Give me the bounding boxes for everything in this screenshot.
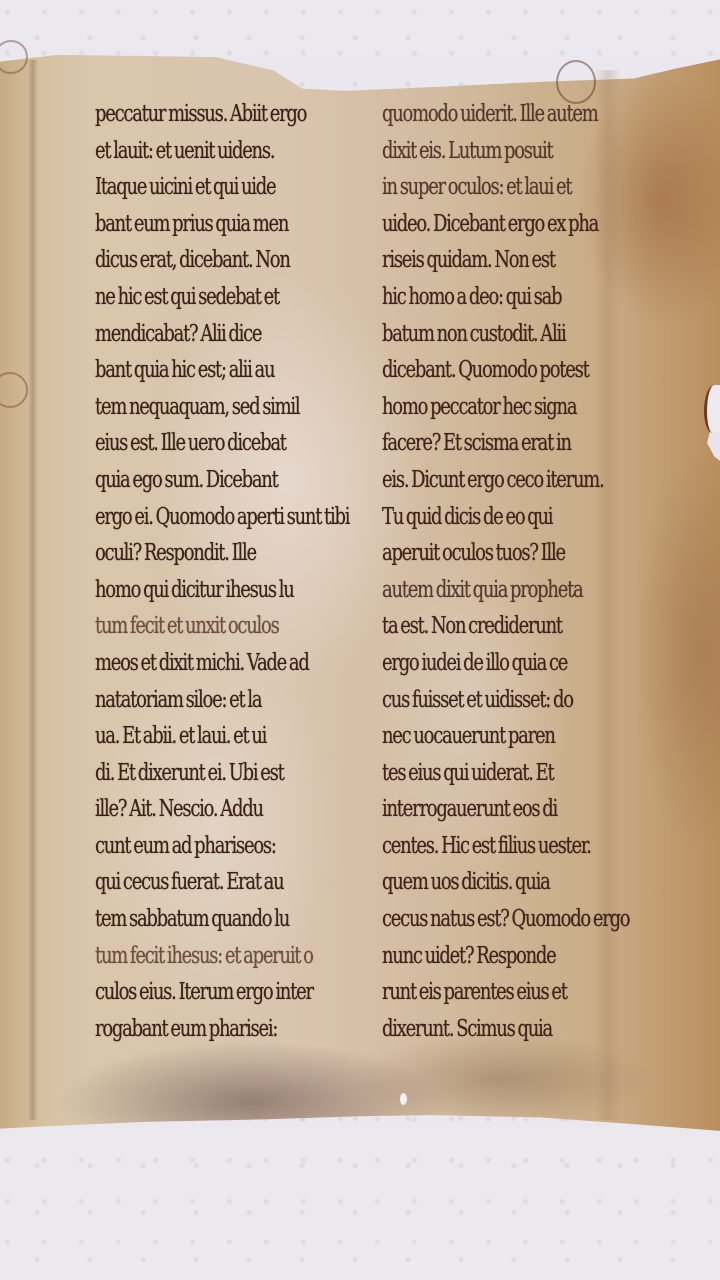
text-line: di. Et dixerunt ei. Ubi est (95, 755, 302, 792)
text-line: homo qui dicitur ihesus lu (95, 572, 302, 609)
text-line: dixerunt. Scimus quia (382, 1011, 589, 1048)
text-line: tum fecit ihesus: et aperuit o (95, 938, 302, 975)
text-line: tes eius qui uiderat. Et (382, 755, 589, 792)
text-column-left: peccatur missus. Abiit ergo et lauit: et… (95, 96, 360, 1047)
text-line: ille? Ait. Nescio. Addu (95, 791, 302, 828)
text-line: ergo iudei de illo quia ce (382, 645, 589, 682)
text-line: in super oculos: et laui et (382, 169, 589, 206)
text-line: cus fuisset et uidisset: do (382, 682, 589, 719)
text-line: meos et dixit michi. Vade ad (95, 645, 302, 682)
text-line: dicebant. Quomodo potest (382, 352, 589, 389)
text-line: culos eius. Iterum ergo inter (95, 974, 302, 1011)
text-line: peccatur missus. Abiit ergo (95, 96, 302, 133)
text-line: dixit eis. Lutum posuit (382, 133, 589, 170)
text-line: nec uocauerunt paren (382, 718, 589, 755)
text-line: et lauit: et uenit uidens. (95, 133, 302, 170)
text-line: tem nequaquam, sed simil (95, 389, 302, 426)
text-line: natatoriam siloe: et la (95, 682, 302, 719)
text-line: centes. Hic est filius uester. (382, 828, 589, 865)
text-line: interrogauerunt eos di (382, 791, 589, 828)
text-line: hic homo a deo: qui sab (382, 279, 589, 316)
text-line: aperuit oculos tuos? Ille (382, 535, 589, 572)
text-line: batum non custodit. Alii (382, 316, 589, 353)
text-line: quia ego sum. Dicebant (95, 462, 302, 499)
text-line: ta est. Non crediderunt (382, 608, 589, 645)
text-line: ne hic est qui sedebat et (95, 279, 302, 316)
text-line: dicus erat, dicebant. Non (95, 242, 302, 279)
text-line: tem sabbatum quando lu (95, 901, 302, 938)
text-line: rogabant eum pharisei: (95, 1011, 302, 1048)
text-line: quem uos dicitis. quia (382, 864, 589, 901)
text-line: oculi? Respondit. Ille (95, 535, 302, 572)
text-column-right: quomodo uiderit. Ille autem dixit eis. L… (382, 96, 647, 1047)
text-line: mendicabat? Alii dice (95, 316, 302, 353)
text-line: ergo ei. Quomodo aperti sunt tibi (95, 499, 302, 536)
text-line: Itaque uicini et qui uide (95, 169, 302, 206)
text-line: nunc uidet? Responde (382, 938, 589, 975)
left-fold-crease (28, 60, 38, 1120)
text-line: uideo. Dicebant ergo ex pha (382, 206, 589, 243)
text-line: eius est. Ille uero dicebat (95, 425, 302, 462)
text-line: riseis quidam. Non est (382, 242, 589, 279)
text-line: Tu quid dicis de eo qui (382, 499, 589, 536)
text-line: runt eis parentes eius et (382, 974, 589, 1011)
text-line: cecus natus est? Quomodo ergo (382, 901, 589, 938)
parchment-hole (704, 385, 720, 433)
text-line: bant quia hic est; alii au (95, 352, 302, 389)
text-line: facere? Et scisma erat in (382, 425, 589, 462)
text-line: quomodo uiderit. Ille autem (382, 96, 589, 133)
text-line: bant eum prius quia men (95, 206, 302, 243)
text-line: homo peccator hec signa (382, 389, 589, 426)
text-line: qui cecus fuerat. Erat au (95, 864, 302, 901)
text-line: eis. Dicunt ergo ceco iterum. (382, 462, 589, 499)
text-line: cunt eum ad phariseos: (95, 828, 302, 865)
text-line: tum fecit et unxit oculos (95, 608, 302, 645)
text-line: ua. Et abii. et laui. et ui (95, 718, 302, 755)
text-line: autem dixit quia propheta (382, 572, 589, 609)
parchment-speck (400, 1093, 407, 1105)
